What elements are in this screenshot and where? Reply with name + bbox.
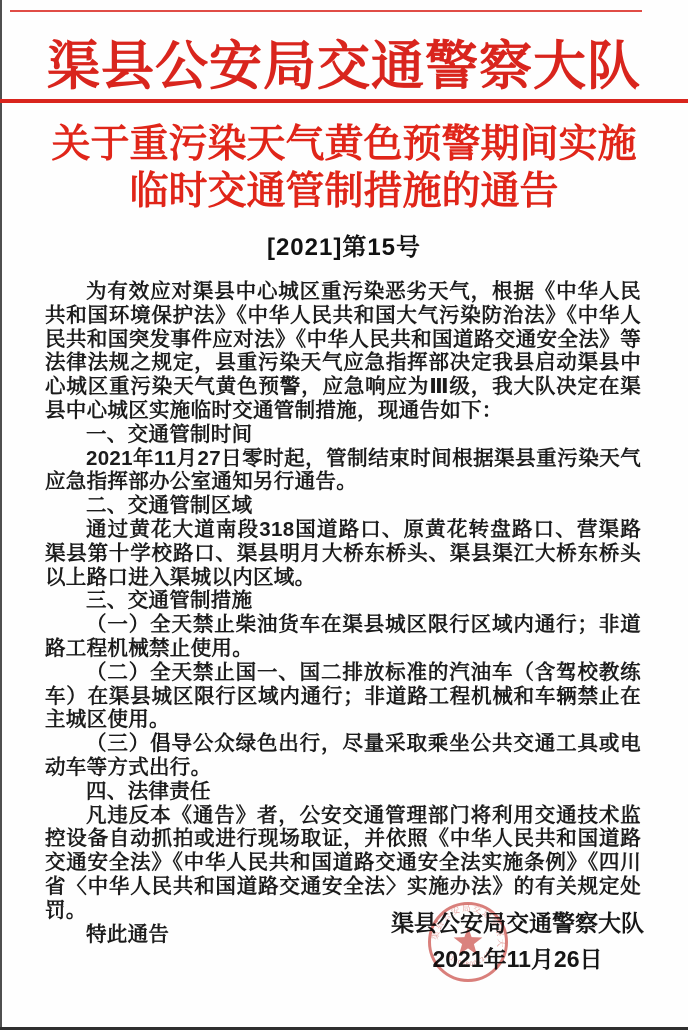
notice-paragraph: （一）全天禁止柴油货车在渠县城区限行区域内通行；非道路工程机械禁止使用。 xyxy=(45,613,641,661)
notice-paragraph: （二）全天禁止国一、国二排放标准的汽油车（含驾校教练车）在渠县城区限行区域内通行… xyxy=(45,661,641,732)
document-number: [2021]第15号 xyxy=(0,227,688,262)
notice-title-line1: 关于重污染天气黄色预警期间实施 xyxy=(0,121,688,168)
notice-section-heading: 二、交通管制区域 xyxy=(45,494,641,518)
notice-paragraph: （三）倡导公众绿色出行，尽量采取乘坐公共交通工具或电动车等方式出行。 xyxy=(45,732,641,780)
signature-agency: 渠县公安局交通警察大队 xyxy=(391,905,644,941)
notice-body: 为有效应对渠县中心城区重污染恶劣天气，根据《中华人民共和国环境保护法》《中华人民… xyxy=(45,280,641,946)
notice-title-line2: 临时交通管制措施的通告 xyxy=(0,168,688,215)
issuing-agency-header: 渠县公安局交通警察大队 xyxy=(0,24,688,100)
notice-paragraph: 2021年11月27日零时起，管制结束时间根据渠县重污染天气应急指挥部办公室通知… xyxy=(45,447,641,495)
notice-paragraph: 为有效应对渠县中心城区重污染恶劣天气，根据《中华人民共和国环境保护法》《中华人民… xyxy=(45,280,641,423)
notice-page: 渠县公安局交通警察大队 关于重污染天气黄色预警期间实施 临时交通管制措施的通告 … xyxy=(0,0,688,1030)
notice-section-heading: 三、交通管制措施 xyxy=(45,589,641,613)
header-red-rule xyxy=(0,99,688,103)
notice-title: 关于重污染天气黄色预警期间实施 临时交通管制措施的通告 xyxy=(0,121,688,215)
top-red-rule xyxy=(10,10,642,12)
signature-block: 渠县公安局交通警察大队 2021年11月26日 xyxy=(391,905,644,977)
notice-section-heading: 四、法律责任 xyxy=(45,780,641,804)
notice-paragraph: 通过黄花大道南段318国道路口、原黄花转盘路口、营渠路渠县第十学校路口、渠县明月… xyxy=(45,518,641,589)
signature-date: 2021年11月26日 xyxy=(391,941,644,977)
notice-section-heading: 一、交通管制时间 xyxy=(45,423,641,447)
